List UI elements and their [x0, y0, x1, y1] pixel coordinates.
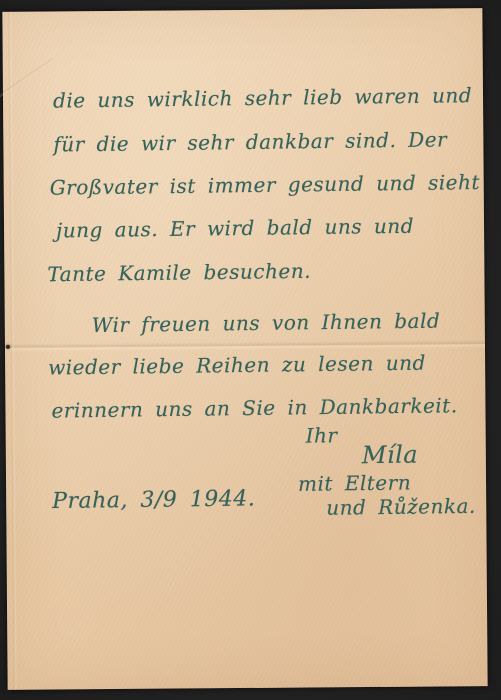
closing-salutation: Ihr	[306, 423, 338, 447]
letter-line-5: Tante Kamile besuchen.	[47, 259, 311, 286]
letter-line-2: für die wir sehr dankbar sind. Der	[53, 127, 447, 156]
letter-line-6: Wir freuen uns von Ihnen bald	[92, 309, 441, 338]
pinhole-mark	[6, 345, 10, 349]
dateline: Praha, 3/9 1944.	[52, 486, 255, 514]
letter-line-4: jung aus. Er wird bald uns und	[56, 214, 414, 243]
letter-page: die uns wirklich sehr lieb waren und für…	[2, 8, 487, 690]
closing-line-2: mit Eltern	[298, 470, 411, 495]
letter-line-1: die uns wirklich sehr lieb waren und	[53, 83, 472, 112]
letter-line-3: Großvater ist immer gesund und sieht	[50, 170, 481, 200]
signature-name: Míla	[362, 440, 419, 469]
letter-line-7: wieder liebe Reihen zu lesen und	[48, 351, 426, 380]
closing-line-3: und Růženka.	[326, 494, 476, 520]
letter-line-8: erinnern uns an Sie in Dankbarkeit.	[51, 393, 457, 422]
scan-background: die uns wirklich sehr lieb waren und für…	[0, 0, 501, 700]
